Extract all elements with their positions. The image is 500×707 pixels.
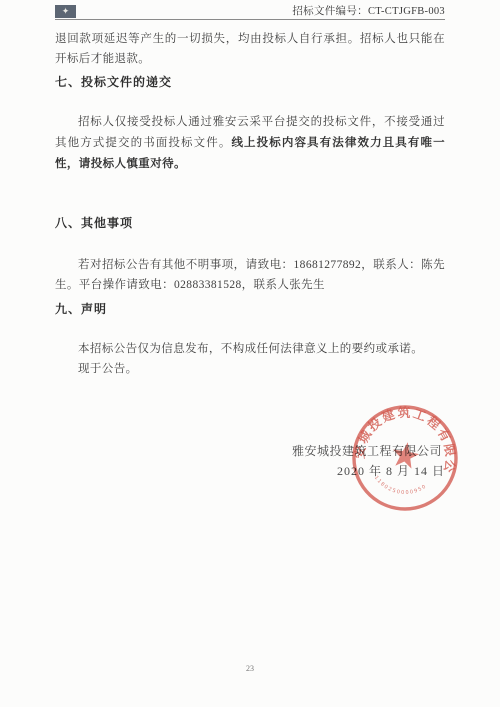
section-heading-8: 八、其他事项: [55, 215, 445, 231]
section-heading-7: 七、投标文件的递交: [55, 74, 445, 90]
logo-glyph: ✦: [62, 7, 70, 16]
seal-serial-number: 1180250000950: [371, 474, 429, 500]
publisher-logo-icon: ✦: [55, 5, 76, 18]
company-seal: 雅安城投建筑工程有限公司 1180250000950: [318, 371, 492, 545]
section-heading-9: 九、声明: [55, 301, 445, 317]
document-page: ✦ 招标文件编号：CT-CTJGFB-003 退回款项延迟等产生的一切损失，均由…: [0, 0, 500, 707]
page-number: 23: [0, 664, 500, 673]
paragraph-section-9-closing: 现于公告。: [55, 359, 445, 379]
paragraph-continued: 退回款项延迟等产生的一切损失，均由投标人自行承担。招标人也只能在开标后才能退款。: [55, 29, 445, 69]
paragraph-section-7: 招标人仅接受投标人通过雅安云采平台提交的投标文件，不接受通过其他方式提交的书面投…: [55, 112, 445, 175]
svg-text:雅安城投建筑工程有限公司: 雅安城投建筑工程有限公司: [322, 371, 471, 475]
page-header: ✦ 招标文件编号：CT-CTJGFB-003: [55, 3, 445, 20]
seal-ring-text: 雅安城投建筑工程有限公司: [322, 371, 471, 475]
paragraph-section-8: 若对招标公告有其他不明事项，请致电：18681277892，联系人：陈先生。平台…: [55, 255, 445, 295]
seal-star-icon: [390, 440, 421, 470]
paragraph-section-9: 本招标公告仅为信息发布，不构成任何法律意义上的要约或承诺。: [55, 339, 445, 359]
svg-text:1180250000950: 1180250000950: [371, 474, 429, 500]
doc-number: 招标文件编号：CT-CTJGFB-003: [292, 5, 445, 19]
